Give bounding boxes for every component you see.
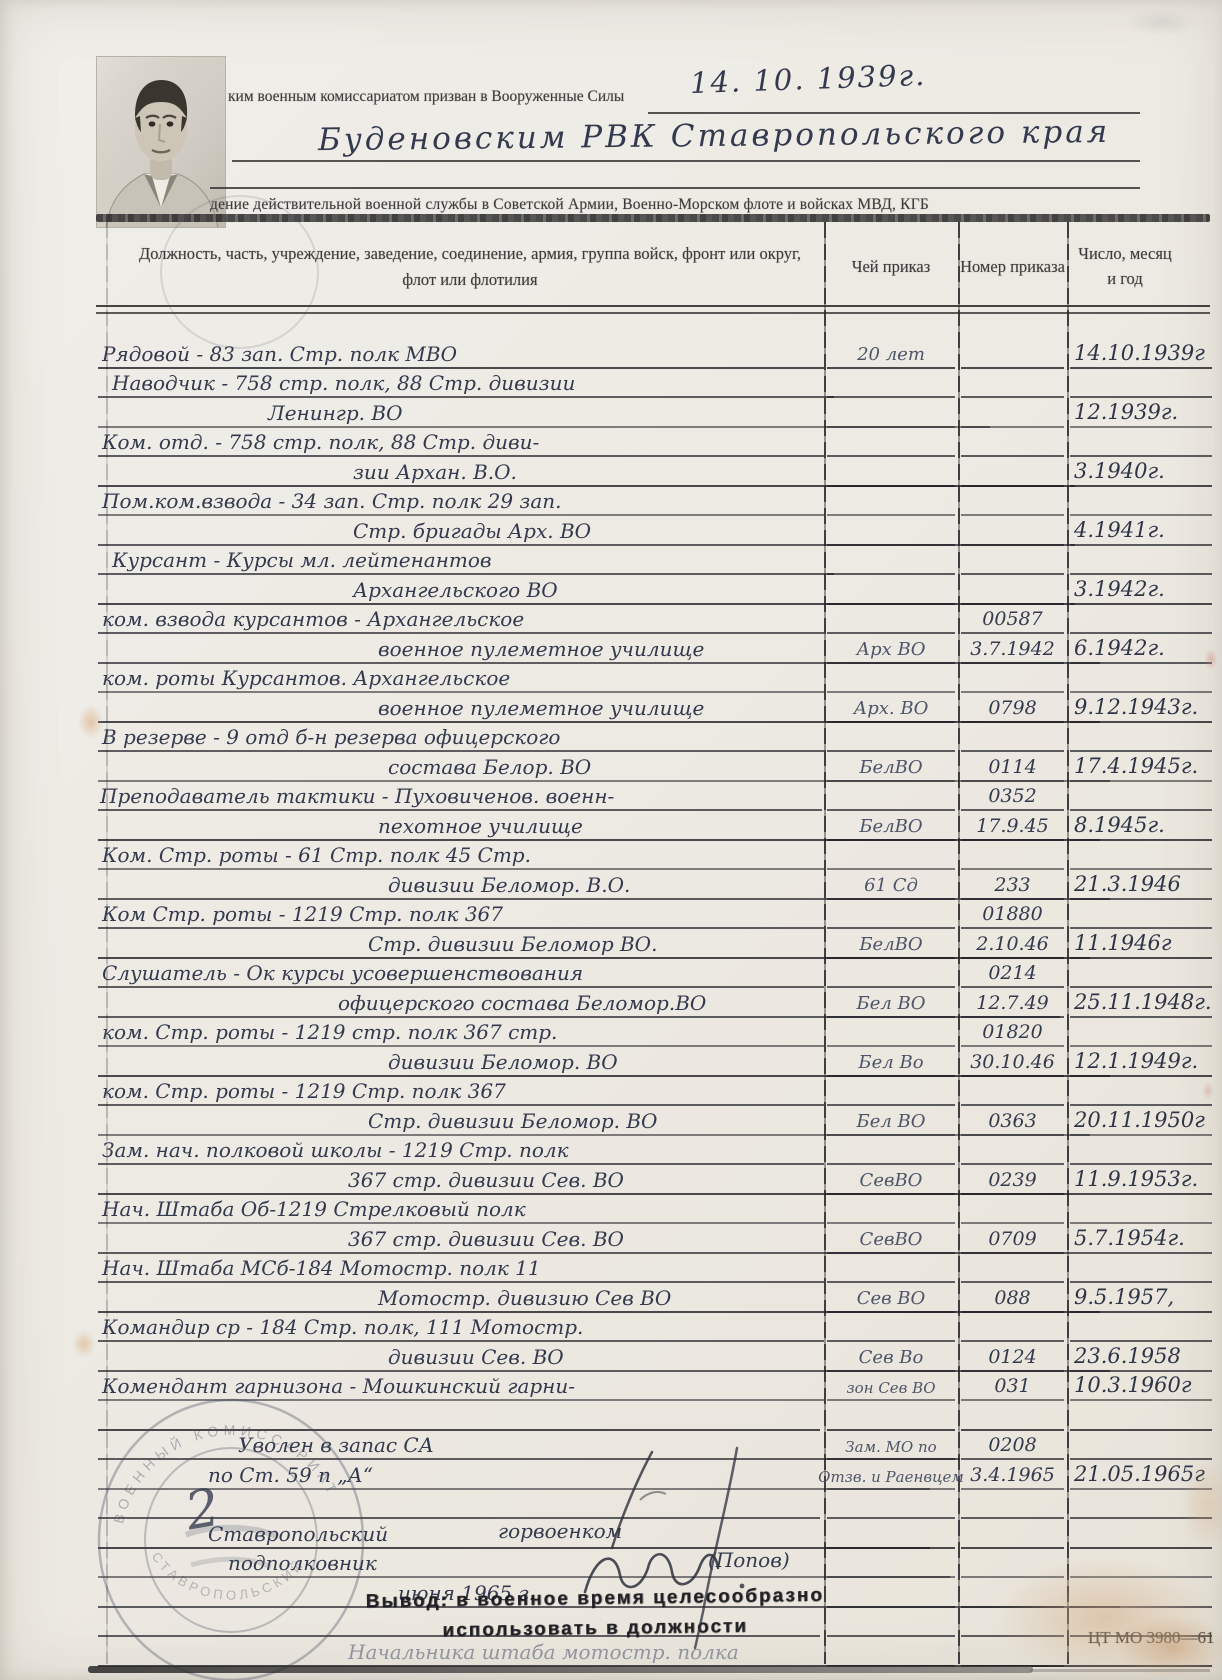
table-header-order-number: Номер приказа [960,226,1065,308]
cell-order-number: 17.9.45 [961,809,1064,841]
table-row: Зам. нач. полковой школы - 1219 Стр. пол… [96,1134,1210,1164]
cell-whose-order: БелВО [827,750,955,782]
table-row: ком. Стр. роты - 1219 стр. полк 367 стр.… [96,1016,1210,1046]
cell-position: Курсант - Курсы мл. лейтенантов [98,544,834,576]
cell-whose-order [827,1517,955,1549]
cell-date: 12.1.1949г. [1070,1045,1212,1077]
cell-date: 21.3.1946 [1070,868,1212,900]
cell-date: 20.11.1950г [1070,1104,1212,1136]
table-row: Ком. Стр. роты - 61 Стр. полк 45 Стр. [96,839,1210,869]
cell-order-number [961,1252,1064,1284]
cell-date [1070,780,1212,812]
cell-position: Преподаватель тактики - Пуховиченов. вое… [98,780,822,812]
table-row: Курсант - Курсы мл. лейтенантов [96,544,1210,574]
cell-position: Слушатель - Ок курсы усовершенствования [98,957,824,989]
cell-order-number: 0798 [961,691,1064,723]
cell-position: дивизии Сев. ВО [98,1340,1110,1372]
cell-order-number [961,367,1064,399]
cell-whose-order: 20 лет [827,337,955,369]
scan-edge-streak-2 [1030,1669,1210,1672]
cell-date [1070,1075,1212,1107]
cell-whose-order: Сев ВО [827,1281,955,1313]
cell-date: 4.1941г. [1070,514,1212,546]
cell-position: дивизии Беломор. В.О. [98,868,1110,900]
cell-whose-order [827,1547,955,1579]
cell-whose-order [827,1016,955,1048]
cell-order-number [961,426,1064,458]
cell-date [1070,721,1212,753]
cell-whose-order: СевВО [827,1163,955,1195]
stamp-arc-top-text: ВОЕННЫЙ КОМИССАРИАТ [110,1422,342,1525]
cell-date: 12.1939г. [1070,396,1212,428]
svg-text:ВОЕННЫЙ КОМИССАРИАТ: ВОЕННЫЙ КОМИССАРИАТ [110,1422,342,1525]
cell-order-number [961,573,1064,605]
cell-order-number [961,1075,1064,1107]
cell-position: дивизии Беломор. ВО [98,1045,1110,1077]
cell-order-number [961,1517,1064,1549]
cell-order-number: 233 [961,868,1064,900]
table-row: Архангельского ВО3.1942г. [96,573,1210,603]
table-row: состава Белор. ВОБелВО011417.4.1945г. [96,750,1210,780]
cell-order-number [961,721,1064,753]
cell-order-number [961,1399,1064,1431]
cell-date: 8.1945г. [1070,809,1212,841]
table-header-date: Число, месяц и год [1075,226,1175,308]
cell-whose-order [827,426,955,458]
cell-position: Командир ср - 184 Стр. полк, 111 Мотостр… [98,1311,824,1343]
cell-order-number: 12.7.49 [961,986,1064,1018]
service-record-page: ким военным комиссариатом призван в Воор… [0,0,1222,1680]
cell-whose-order [827,780,955,812]
cell-whose-order [827,1193,955,1225]
table-row: ком. роты Курсантов. Архангельское [96,662,1210,692]
cell-order-number [961,1311,1064,1343]
cell-order-number: 3.7.1942 [961,632,1064,664]
cell-whose-order [827,1311,955,1343]
cell-whose-order [827,1399,955,1431]
cell-position: ком. взвода курсантов - Архангельское [98,603,824,635]
cell-order-number: 2.10.46 [961,927,1064,959]
table-row: дивизии Беломор. В.О.61 Сд23321.3.1946 [96,868,1210,898]
cell-order-number: 0363 [961,1104,1064,1136]
cell-order-number [961,396,1064,428]
cell-order-number: 0214 [961,957,1064,989]
table-row: военное пулеметное училищеАрх. ВО07989.1… [96,691,1210,721]
cell-whose-order [827,514,955,546]
cell-order-number [961,662,1064,694]
cell-order-number [961,544,1064,576]
table-row: В резерве - 9 отд б-н резерва офицерског… [96,721,1210,751]
cell-position: Ком. отд. - 758 стр. полк, 88 Стр. диви- [98,426,824,458]
cell-whose-order [827,544,955,576]
table-row: 367 стр. дивизии Сев. ВОСевВО023911.9.19… [96,1163,1210,1193]
enlistment-date-handwritten: 14. 10. 1939г. [689,58,926,100]
cell-date: 10.3.1960г [1070,1370,1212,1402]
cell-whose-order [827,1488,955,1520]
table-row: Наводчик - 758 стр. полк, 88 Стр. дивизи… [96,367,1210,397]
cell-whose-order [827,1134,955,1166]
table-row: Пом.ком.взвода - 34 зап. Стр. полк 29 за… [96,485,1210,515]
enlistment-printed-line: ким военным комиссариатом призван в Воор… [228,88,624,106]
cell-whose-order: БелВО [827,927,955,959]
cell-position: Зам. нач. полковой школы - 1219 Стр. пол… [98,1134,824,1166]
cell-order-number [961,839,1064,871]
cell-whose-order [827,455,955,487]
cell-position: ком. роты Курсантов. Архангельское [98,662,824,694]
cell-order-number [961,485,1064,517]
cell-position: Рядовой - 83 зап. Стр. полк МВО [98,337,824,369]
cell-order-number: 0124 [961,1340,1064,1372]
cell-whose-order: Бел Во [827,1045,955,1077]
table-row: Ленингр. ВО12.1939г. [96,396,1210,426]
cell-whose-order: Зам. МО по [827,1429,955,1461]
cell-whose-order [827,603,955,635]
cell-order-number: 01820 [961,1016,1064,1048]
cell-date: 14.10.1939г [1070,337,1212,369]
table-row: Стр. дивизии Беломор ВО.БелВО2.10.4611.1… [96,927,1210,957]
cell-whose-order [827,573,955,605]
table-row: зии Архан. В.О.3.1940г. [96,455,1210,485]
cell-date [1070,544,1212,576]
cell-date [1070,603,1212,635]
cell-date: 11.1946г [1070,927,1212,959]
cell-date [1070,1399,1212,1431]
commissariat-handwritten: Буденовским РВК Ставропольского края [318,114,1111,158]
cell-order-number [961,1134,1064,1166]
table-row: Стр. бригады Арх. ВО4.1941г. [96,514,1210,544]
cell-whose-order [827,1635,955,1667]
cell-date: 6.1942г. [1070,632,1212,664]
scan-edge-streak [88,1666,1033,1673]
cell-whose-order [827,396,955,428]
cell-position: Наводчик - 758 стр. полк, 88 Стр. дивизи… [98,367,834,399]
cell-date [1070,957,1212,989]
cell-whose-order: СевВО [827,1222,955,1254]
stain [72,1330,96,1358]
table-row: дивизии Сев. ВОСев Во012423.6.1958 [96,1340,1210,1370]
cell-date: 11.9.1953г. [1070,1163,1212,1195]
cell-date: 25.11.1948г. [1070,986,1212,1018]
table-row: Мотостр. дивизию Сев ВОСев ВО0889.5.1957… [96,1281,1210,1311]
cell-date [1070,1429,1212,1461]
cell-order-number: 0709 [961,1222,1064,1254]
cell-whose-order [827,1252,955,1284]
cell-date [1070,1311,1212,1343]
cell-whose-order: зон Сев ВО [827,1370,955,1402]
cell-position: Пом.ком.взвода - 34 зап. Стр. полк 29 за… [98,485,824,517]
stain [78,705,104,739]
cell-date [1070,426,1212,458]
stain [1204,648,1218,670]
cell-whose-order [827,485,955,517]
table-row: дивизии Беломор. ВОБел Во30.10.4612.1.19… [96,1045,1210,1075]
table-header-whose-order: Чей приказ [826,228,956,306]
table-row: военное пулеметное училищеАрх ВО3.7.1942… [96,632,1210,662]
cell-whose-order [827,662,955,694]
stain [1125,8,1200,36]
cell-date [1070,1134,1212,1166]
cell-whose-order [827,1075,955,1107]
cell-order-number [961,1488,1064,1520]
cell-order-number: 01880 [961,898,1064,930]
cell-order-number: 0239 [961,1163,1064,1195]
cell-whose-order: БелВО [827,809,955,841]
table-row: пехотное училищеБелВО17.9.458.1945г. [96,809,1210,839]
cell-order-number [961,337,1064,369]
stain [1202,1082,1214,1100]
table-row: Ком Стр. роты - 1219 Стр. полк 36701880 [96,898,1210,928]
table-row: Слушатель - Ок курсы усовершенствования0… [96,957,1210,987]
round-stamp: ВОЕННЫЙ КОМИССАРИАТ СТАВРОПОЛЬСКИЙ [66,1385,396,1680]
cell-date: 5.7.1954г. [1070,1222,1212,1254]
cell-order-number: 0208 [961,1429,1064,1461]
table-row: 367 стр. дивизии Сев. ВОСевВО07095.7.195… [96,1222,1210,1252]
cell-whose-order: Бел ВО [827,986,955,1018]
cell-whose-order: 61 Сд [827,868,955,900]
cell-whose-order [827,898,955,930]
cell-whose-order [827,1606,955,1638]
cell-date [1070,485,1212,517]
cell-order-number: 088 [961,1281,1064,1313]
table-row: Ком. отд. - 758 стр. полк, 88 Стр. диви- [96,426,1210,456]
cell-date [1070,1252,1212,1284]
cell-whose-order: Отзв. и Раенвцем [827,1458,955,1490]
table-row: офицерского состава Беломор.ВОБел ВО12.7… [96,986,1210,1016]
cell-whose-order: Сев Во [827,1340,955,1372]
table-row: ком. Стр. роты - 1219 Стр. полк 367 [96,1075,1210,1105]
cell-order-number: 0352 [961,780,1064,812]
cell-date [1070,367,1212,399]
cell-position: Нач. Штаба МСб-184 Мотостр. полк 11 [98,1252,824,1284]
cell-date: 9.12.1943г. [1070,691,1212,723]
table-row: Стр. дивизии Беломор. ВОБел ВО036320.11.… [96,1104,1210,1134]
cell-date [1070,1193,1212,1225]
cell-position: ком. Стр. роты - 1219 стр. полк 367 стр. [98,1016,824,1048]
blank-rule [210,187,1140,189]
table-row: Преподаватель тактики - Пуховиченов. вое… [96,780,1210,810]
cell-position: Ком Стр. роты - 1219 Стр. полк 367 [98,898,824,930]
cell-position: Нач. Штаба Об-1219 Стрелковый полк [98,1193,824,1225]
cell-order-number: 0114 [961,750,1064,782]
table-row: Рядовой - 83 зап. Стр. полк МВО20 лет14.… [96,337,1210,367]
table-row: Нач. Штаба Об-1219 Стрелковый полк [96,1193,1210,1223]
table-row: ком. взвода курсантов - Архангельское005… [96,603,1210,633]
faint-round-stamp [160,195,319,349]
cell-date: 17.4.1945г. [1070,750,1212,782]
cell-order-number: 30.10.46 [961,1045,1064,1077]
cell-position: состава Белор. ВО [98,750,1110,782]
cell-date [1070,1016,1212,1048]
cell-position: ком. Стр. роты - 1219 Стр. полк 367 [98,1075,824,1107]
cell-date: 3.1940г. [1070,455,1212,487]
service-intro-line: дение действительной военной службы в Со… [210,196,929,214]
commissariat-rule [232,160,1140,162]
cell-order-number [961,1193,1064,1225]
table-row: Командир ср - 184 Стр. полк, 111 Мотостр… [96,1311,1210,1341]
cell-whose-order [827,839,955,871]
cell-whose-order: Арх ВО [827,632,955,664]
cell-date [1070,839,1212,871]
cell-whose-order [827,367,955,399]
cell-whose-order: Бел ВО [827,1104,955,1136]
cell-whose-order [827,957,955,989]
cell-order-number: 00587 [961,603,1064,635]
cell-whose-order [827,1576,955,1608]
table-row: Нач. Штаба МСб-184 Мотостр. полк 11 [96,1252,1210,1282]
cell-order-number: 031 [961,1370,1064,1402]
cell-whose-order: Арх. ВО [827,691,955,723]
cell-whose-order [827,721,955,753]
cell-date: 9.5.1957, [1070,1281,1212,1313]
cell-order-number: 3.4.1965 [961,1458,1064,1490]
conclusion-stamp: Вывод: в военное время целесообразно исп… [350,1585,841,1644]
cell-date: 3.1942г. [1070,573,1212,605]
cell-date [1070,898,1212,930]
cell-order-number [961,514,1064,546]
cell-position: Ком. Стр. роты - 61 Стр. полк 45 Стр. [98,839,824,871]
cell-date: 23.6.1958 [1070,1340,1212,1372]
cell-order-number [961,455,1064,487]
cell-date [1070,662,1212,694]
cell-position: В резерве - 9 отд б-н резерва офицерског… [98,721,824,753]
